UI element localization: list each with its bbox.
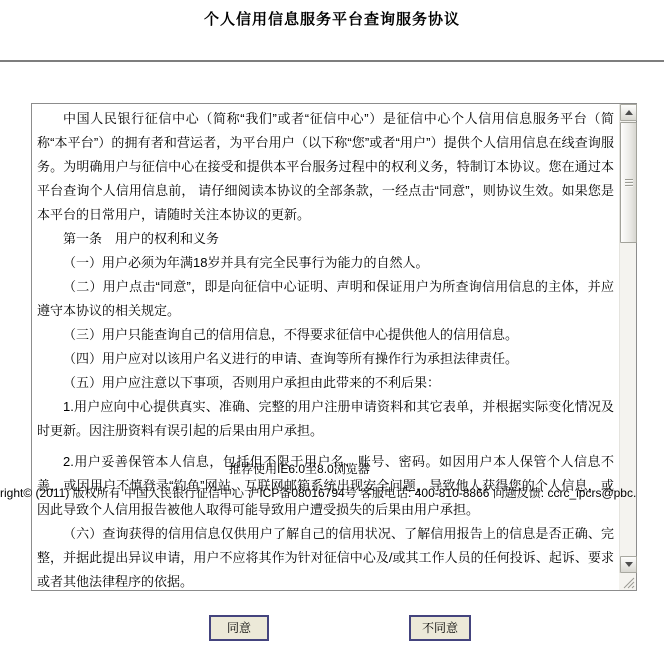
agreement-paragraph: （四）用户应对以该用户名义进行的申请、查询等所有操作行为承担法律责任。	[37, 347, 614, 371]
agreement-paragraph: （三）用户只能查询自己的信用信息，不得要求征信中心提供他人的信用信息。	[37, 323, 614, 347]
vertical-scrollbar[interactable]	[619, 104, 636, 573]
scrollbar-up-button[interactable]	[620, 104, 637, 121]
agreement-text: 中国人民银行征信中心（简称“我们”或者“征信中心”）是征信中心个人信用信息服务平…	[32, 104, 618, 590]
agreement-section-heading: 第一条 用户的权利和义务	[37, 227, 614, 251]
page-title: 个人信用信息服务平台查询服务协议	[0, 8, 664, 29]
disagree-button[interactable]: 不同意	[409, 615, 471, 641]
scrollbar-down-button[interactable]	[620, 556, 637, 573]
agreement-paragraph: （六）查询获得的信用信息仅供用户了解自己的信用状况、了解信用报告上的信息是否正确…	[37, 522, 614, 590]
down-arrow-icon	[625, 562, 633, 567]
agree-button[interactable]: 同意	[209, 615, 269, 641]
agreement-textarea[interactable]: 中国人民银行征信中心（简称“我们”或者“征信中心”）是征信中心个人信用信息服务平…	[31, 103, 637, 591]
agreement-paragraph: （五）用户应注意以下事项，否则用户承担由此带来的不利后果：	[37, 371, 614, 395]
agreement-paragraph: （一）用户必须为年满18岁并具有完全民事行为能力的自然人。	[37, 251, 614, 275]
scrollbar-thumb[interactable]	[620, 122, 637, 243]
browser-recommendation-text: 推荐使用IE6.0至8.0浏览器	[229, 460, 370, 477]
thumb-grip-icon	[625, 179, 633, 187]
resize-grip-icon[interactable]	[619, 573, 636, 590]
agreement-paragraph: 中国人民银行征信中心（简称“我们”或者“征信中心”）是征信中心个人信用信息服务平…	[37, 107, 614, 227]
agreement-paragraph: （二）用户点击“同意”，即是向征信中心证明、声明和保证用户为所查询信用信息的主体…	[37, 275, 614, 323]
header-divider	[0, 60, 664, 62]
up-arrow-icon	[625, 110, 633, 115]
copyright-text: right© (2011) 版权所有 中国人民银行征信中心 沪ICP备08016…	[0, 484, 664, 501]
agreement-paragraph: 1.用户应向中心提供真实、准确、完整的用户注册申请资料和其它表单，并根据实际变化…	[37, 395, 614, 443]
